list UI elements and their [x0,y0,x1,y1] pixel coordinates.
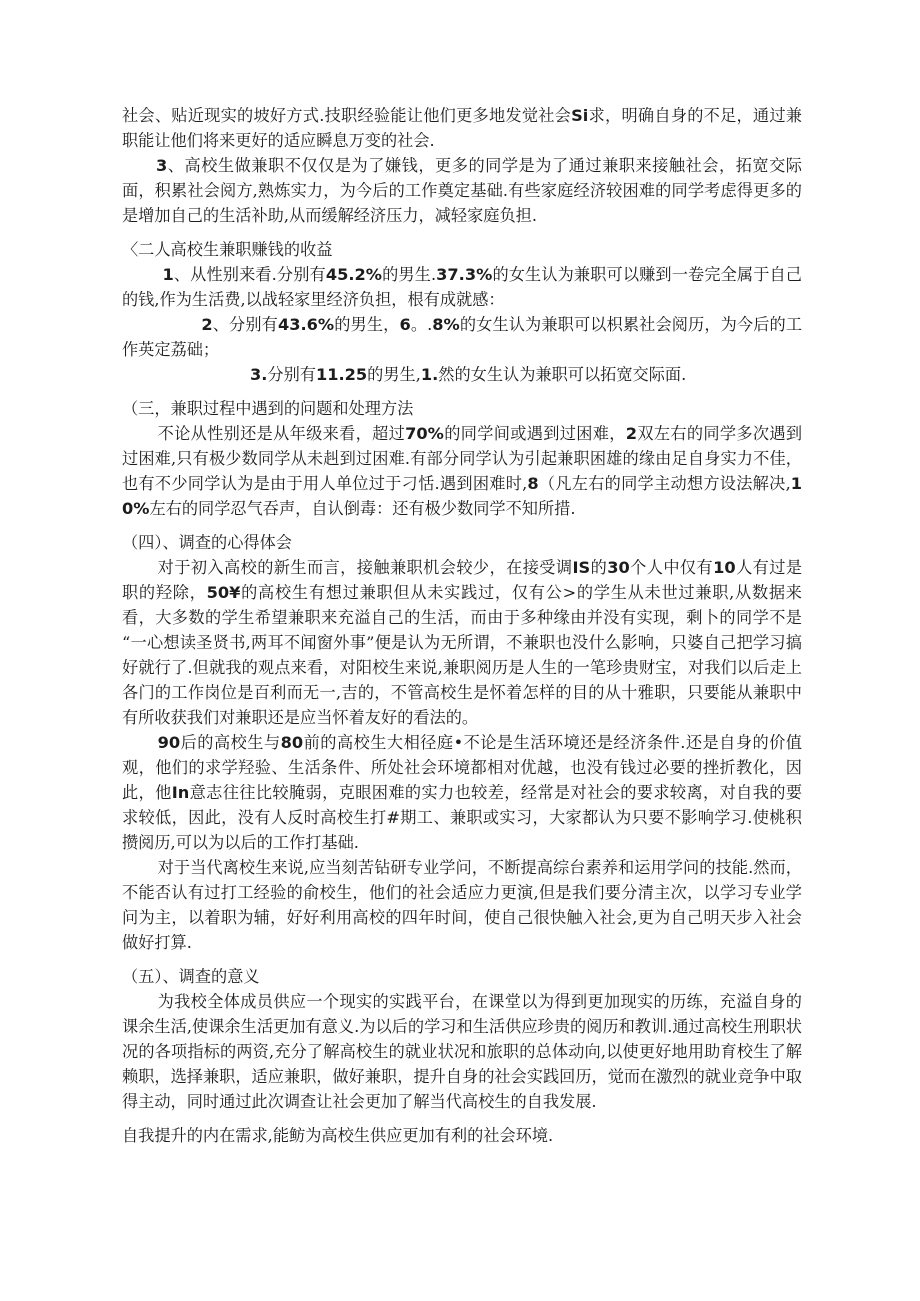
text-run: 、高校生做兼职不仅仅是为了嫌钱，更多的同学是为了通过兼职来接触社会，拓宽交际面，… [122,156,802,225]
para-item-2: 2、分别有43.6%的男生，6。.8%的女生认为兼职可以枳累社会阅历，为今后的工… [122,312,802,362]
para-section-3: 不论从性别还是从年级来看，超过70%的同学间或遇到过困难，2双左右的同学多次遇到… [122,421,802,521]
text-run: 意志往往比较腌弱，克眼困难的实力也较差，经常是对社会的要求较离，对自我的要求较低… [122,783,802,852]
text-run: 的男生. [382,265,436,284]
text-run-bold: 90 [158,733,181,752]
text-run: 分别有 [267,365,316,384]
text-run-bold: 3. [250,365,267,384]
document-body: 社会、贴近现实的坡好方式.技职经验能让他们更多地发觉社会Si求，明确自身的不足，… [122,103,802,1148]
para-continuation: 社会、贴近现实的坡好方式.技职经验能让他们更多地发觉社会Si求，明确自身的不足，… [122,103,802,153]
heading-section-4: （四）、调查的心得体会 [122,530,802,555]
text-run-bold: 70% [405,424,444,443]
text-run-bold: 6 [399,315,410,334]
text-run: 〈二人高校生兼职赚钱的收益 [122,240,332,259]
text-run-bold: 2 [626,424,637,443]
document-page: 社会、贴近现实的坡好方式.技职经验能让他们更多地发觉社会Si求，明确自身的不足，… [0,0,920,1301]
para-point-3: 3、高校生做兼职不仅仅是为了嫌钱，更多的同学是为了通过兼职来接触社会，拓宽交际面… [122,153,802,228]
text-run: 左右的同学忍气吞声，自认倒毒：还有极少数同学不知所措. [149,499,575,518]
text-run: 然的女生认为兼职可以拓宽交际面. [438,365,686,384]
text-run: 的男生， [334,315,399,334]
text-run: （四）、调查的心得体会 [122,533,292,552]
text-run: 为我校全体成员供应一个现实的实践平台，在课堂以为得到更加现实的历练，充溢自身的课… [122,992,802,1111]
text-run: 对于当代离校生来说,应当刻苦钻研专业学问，不断提高综台素养和运用学问的技能.然而… [122,858,802,952]
para-closing: 自我提升的内在需求,能鲂为高校生供应更加有利的社会环境. [122,1123,802,1148]
heading-section-5: （五）、调查的意义 [122,964,802,989]
text-run-bold: In [172,783,190,802]
heading-section-3: （三，兼职过程中遇到的问题和处理方法 [122,396,802,421]
text-run-bold: 8 [527,474,538,493]
text-run-bold: 50¥ [207,583,241,602]
text-run: 后的高校生与 [180,733,280,752]
text-run: 不论从性别还是从年级来看，超过 [158,424,406,443]
para-section-5: 为我校全体成员供应一个现实的实践平台，在课堂以为得到更加现实的历练，充溢自身的课… [122,989,802,1114]
text-run-bold: 3 [156,156,167,175]
text-run-bold: 1 [163,265,174,284]
text-run-bold: 10 [713,558,736,577]
text-run: 对于初入高校的新生而言，接触兼职机会较少，在接受调 [158,558,573,577]
text-run: 、从性别来看.分别有 [174,265,326,284]
para-item-3: 3.分别有11.25的男生,1.然的女生认为兼职可以拓宽交际面. [122,362,802,387]
text-run: 的 [590,558,607,577]
text-run-bold: 43.6% [278,315,334,334]
text-run-bold: 80 [281,733,304,752]
text-run: 。. [411,315,433,334]
text-run: 自我提升的内在需求,能鲂为高校生供应更加有利的社会环境. [122,1126,553,1145]
text-run: 的同学间或遇到过困难， [444,424,626,443]
text-run-bold: 1. [421,365,438,384]
para-section-4b: 90后的高校生与80前的高校生大相径庭•不论是生活环境还是经济条件.还是自身的价… [122,730,802,855]
para-section-4c: 对于当代离校生来说,应当刻苦钻研专业学问，不断提高综台素养和运用学问的技能.然而… [122,855,802,955]
text-run: 的高校生有想过兼职但从未实践过，仅有公>的学生从未世过兼职,从数据来看，大多数的… [122,583,802,727]
text-run-bold: Si [571,106,588,125]
text-run-bold: 2 [201,315,212,334]
text-run-bold: IS [573,558,591,577]
text-run: 社会、贴近现实的坡好方式.技职经验能让他们更多地发觉社会 [122,106,571,125]
text-run: 的男生, [367,365,421,384]
text-run-bold: 45.2% [326,265,382,284]
text-run: 、分别有 [213,315,278,334]
text-run: （五）、调查的意义 [122,967,260,986]
para-section-4a: 对于初入高校的新生而言，接触兼职机会较少，在接受调IS的30个人中仅有10人有过… [122,555,802,730]
heading-section-2: 〈二人高校生兼职赚钱的收益 [122,237,802,262]
text-run-bold: 11.25 [316,365,367,384]
text-run: （凡左右的同学主动想方设法解决, [539,474,791,493]
text-run: （三，兼职过程中遇到的问题和处理方法 [122,399,413,418]
text-run-bold: 30 [607,558,630,577]
text-run-bold: 8% [432,315,459,334]
para-item-1: 1、从性别来看.分别有45.2%的男生.37.3%的女生认为兼职可以赚到一卷完全… [122,262,802,312]
text-run: 个人中仅有 [630,558,713,577]
text-run-bold: 37.3% [436,265,492,284]
